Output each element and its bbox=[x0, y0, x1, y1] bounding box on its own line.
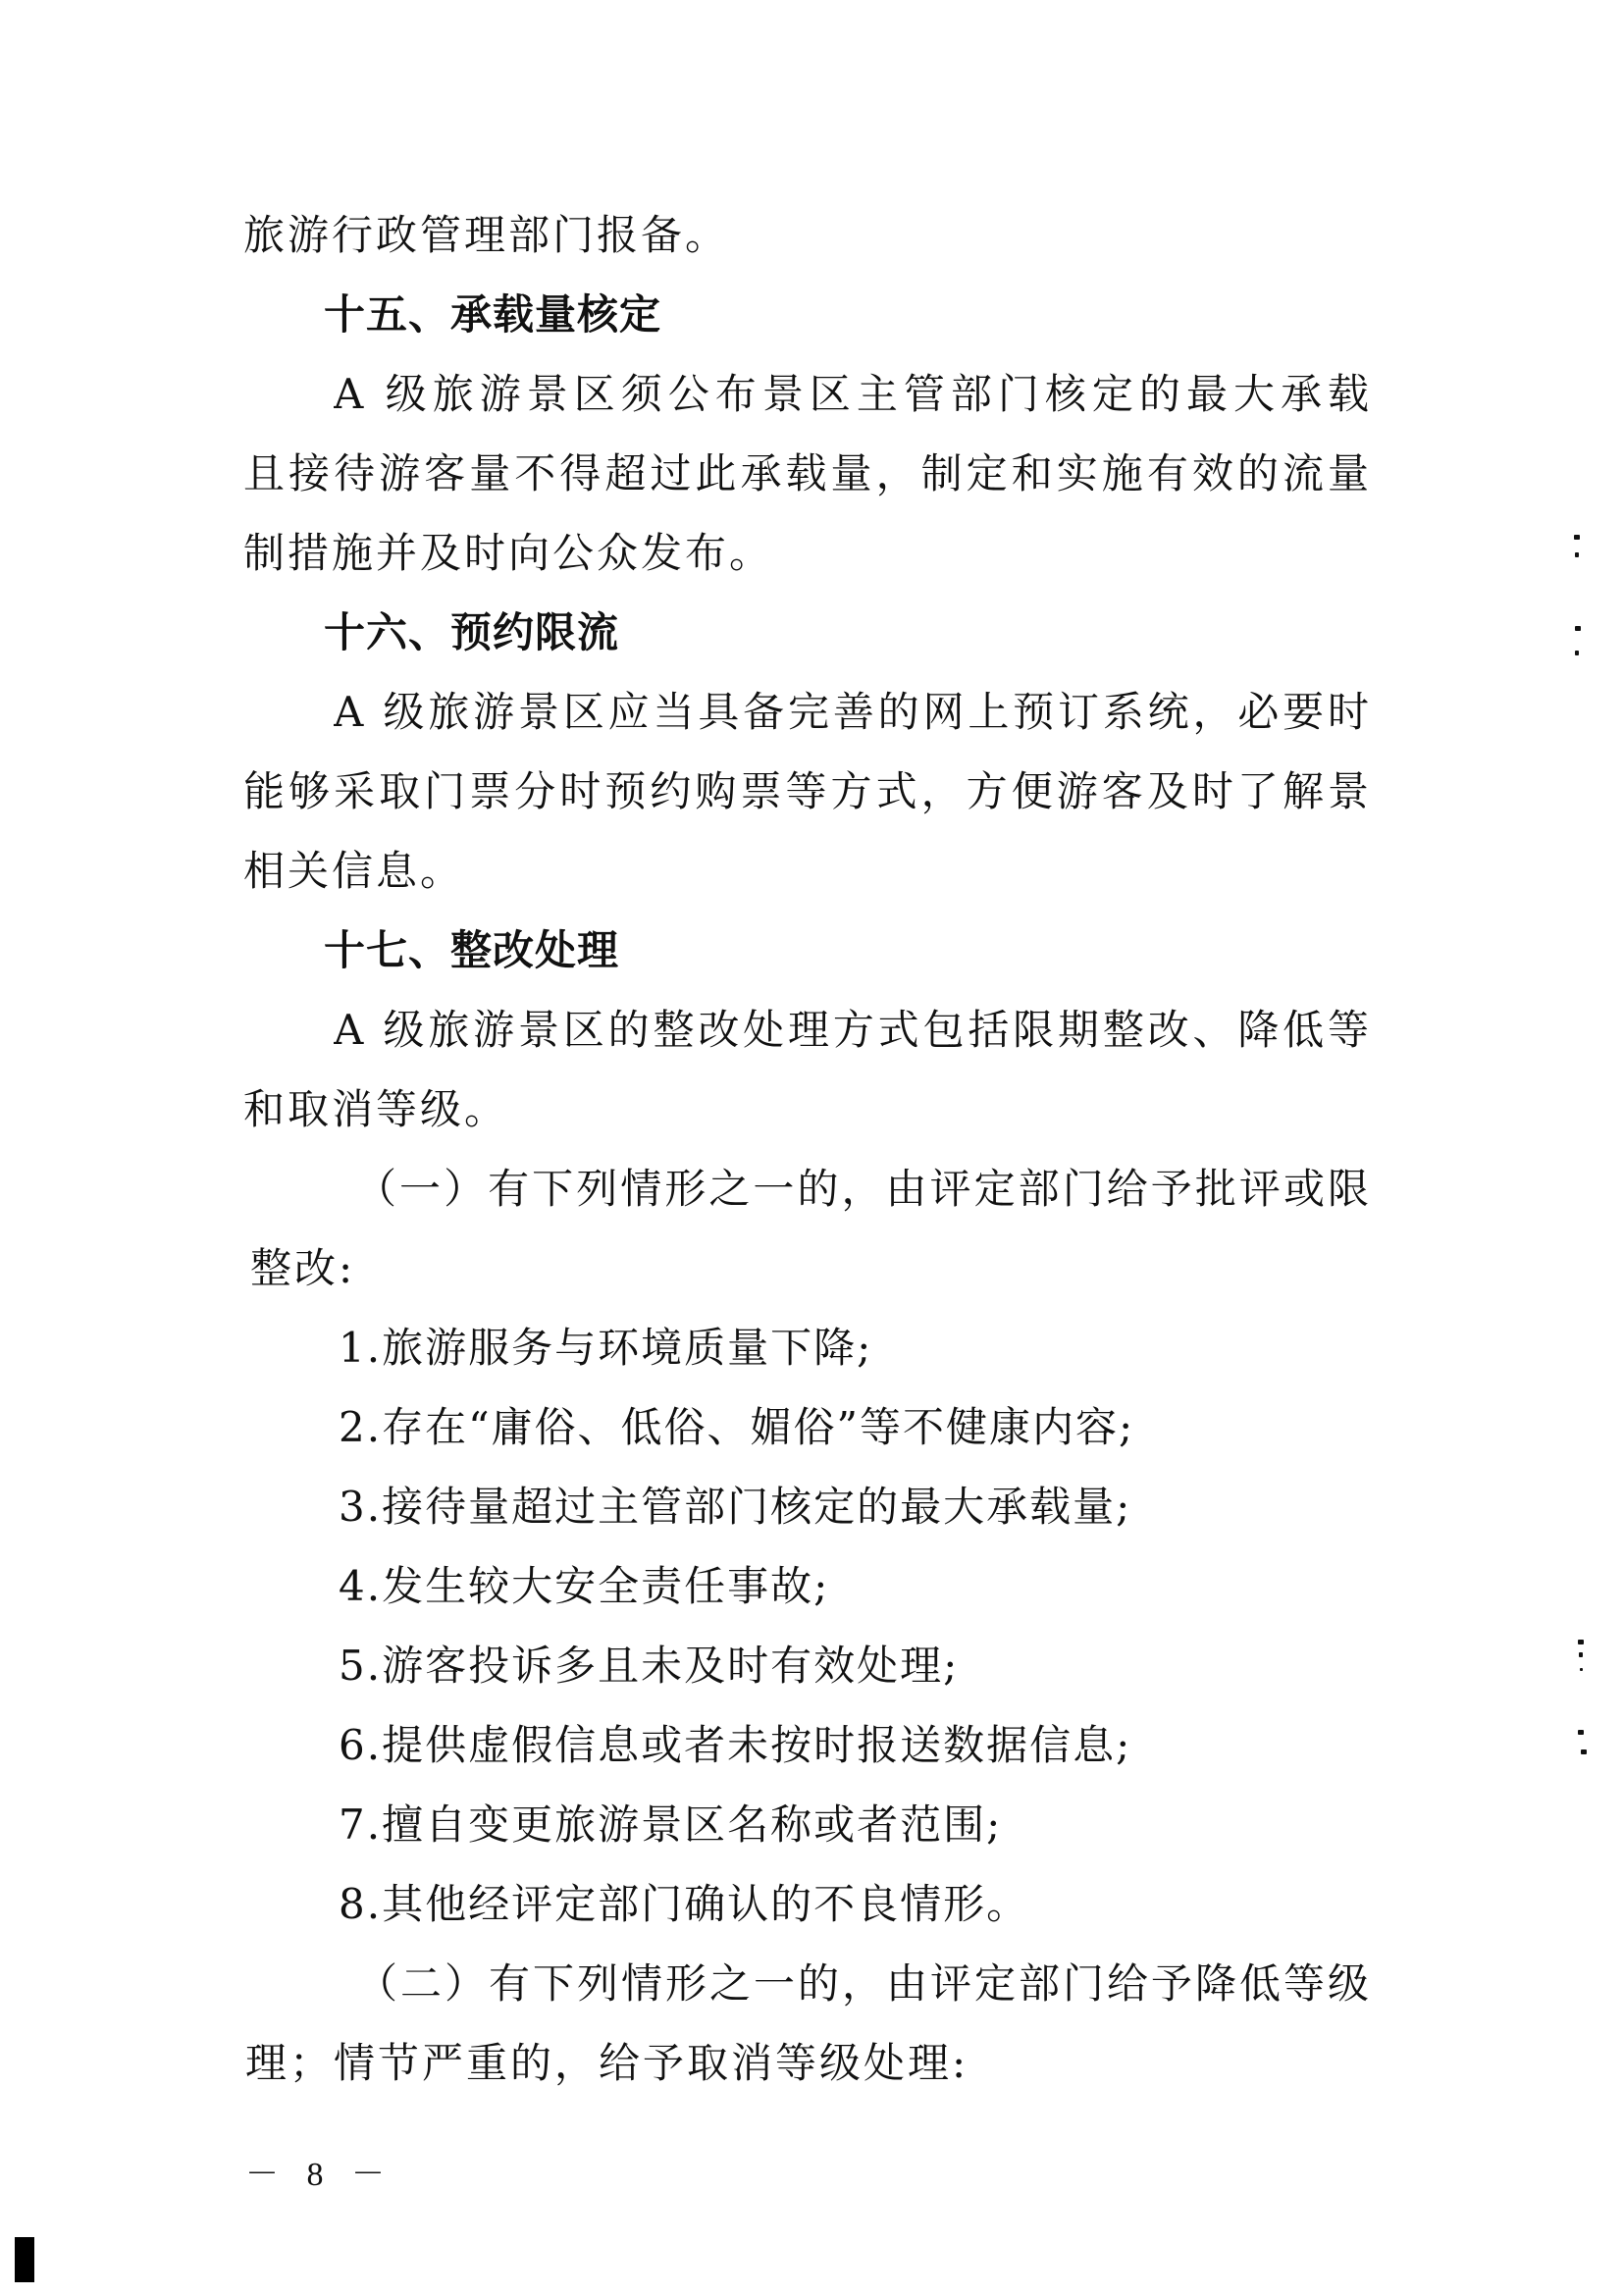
scan-artifact-dot bbox=[1574, 535, 1580, 540]
scan-artifact-dot bbox=[1575, 626, 1581, 631]
paragraph-line: A 级旅游景区的整改处理方式包括限期整改、降低等级 bbox=[334, 1006, 1372, 1055]
section-heading-15: 十五、承载量核定 bbox=[324, 290, 661, 339]
document-page: 旅游行政管理部门报备。 十五、承载量核定 A 级旅游景区须公布景区主管部门核定的… bbox=[0, 0, 1623, 2296]
paragraph-line: 和取消等级。 bbox=[243, 1085, 508, 1134]
scan-artifact-dot bbox=[1581, 1749, 1587, 1754]
list-item: 6.提供虚假信息或者未按时报送数据信息; bbox=[339, 1721, 1131, 1770]
list-item: 1.旅游服务与环境质量下降; bbox=[339, 1324, 872, 1373]
list-item: 8.其他经评定部门确认的不良情形。 bbox=[339, 1880, 1029, 1929]
list-item: 2.存在“庸俗、低俗、媚俗”等不健康内容; bbox=[339, 1403, 1134, 1452]
list-item: 3.接待量超过主管部门核定的最大承载量; bbox=[339, 1483, 1131, 1532]
scan-artifact-dot bbox=[1579, 1652, 1583, 1657]
page-number: － 8 － bbox=[245, 2147, 394, 2195]
paragraph-line: 相关信息。 bbox=[243, 847, 464, 896]
scan-artifact-dot bbox=[1575, 651, 1579, 655]
paragraph-line: 旅游行政管理部门报备。 bbox=[243, 211, 729, 260]
list-item: 5.游客投诉多且未及时有效处理; bbox=[339, 1642, 959, 1691]
list-item: 4.发生较大安全责任事故; bbox=[339, 1562, 829, 1611]
paragraph-line: （二）有下列情形之一的，由评定部门给予降低等级处 bbox=[356, 1959, 1372, 2009]
scan-artifact-dot bbox=[1575, 552, 1579, 557]
paragraph-line: 能够采取门票分时预约购票等方式，方便游客及时了解景区 bbox=[243, 767, 1372, 816]
scan-artifact-dot bbox=[1578, 1640, 1584, 1644]
paragraph-line: （一）有下列情形之一的，由评定部门给予批评或限期 bbox=[355, 1165, 1372, 1214]
section-heading-16: 十六、预约限流 bbox=[324, 608, 619, 657]
paragraph-line: 整改: bbox=[250, 1244, 355, 1293]
paragraph-line: A 级旅游景区应当具备完善的网上预订系统，必要时须 bbox=[334, 688, 1372, 737]
paragraph-line: 理；情节严重的，给予取消等级处理: bbox=[245, 2039, 969, 2088]
scan-artifact-dot bbox=[1580, 1668, 1583, 1671]
paragraph-line: A 级旅游景区须公布景区主管部门核定的最大承载量， bbox=[334, 370, 1372, 419]
section-heading-17: 十七、整改处理 bbox=[324, 926, 619, 975]
scan-edge-mark bbox=[15, 2237, 34, 2282]
list-item: 7.擅自变更旅游景区名称或者范围; bbox=[339, 1800, 1002, 1850]
paragraph-line: 制措施并及时向公众发布。 bbox=[243, 529, 773, 578]
paragraph-line: 且接待游客量不得超过此承载量，制定和实施有效的流量控 bbox=[243, 449, 1372, 498]
scan-artifact-dot bbox=[1578, 1730, 1584, 1735]
